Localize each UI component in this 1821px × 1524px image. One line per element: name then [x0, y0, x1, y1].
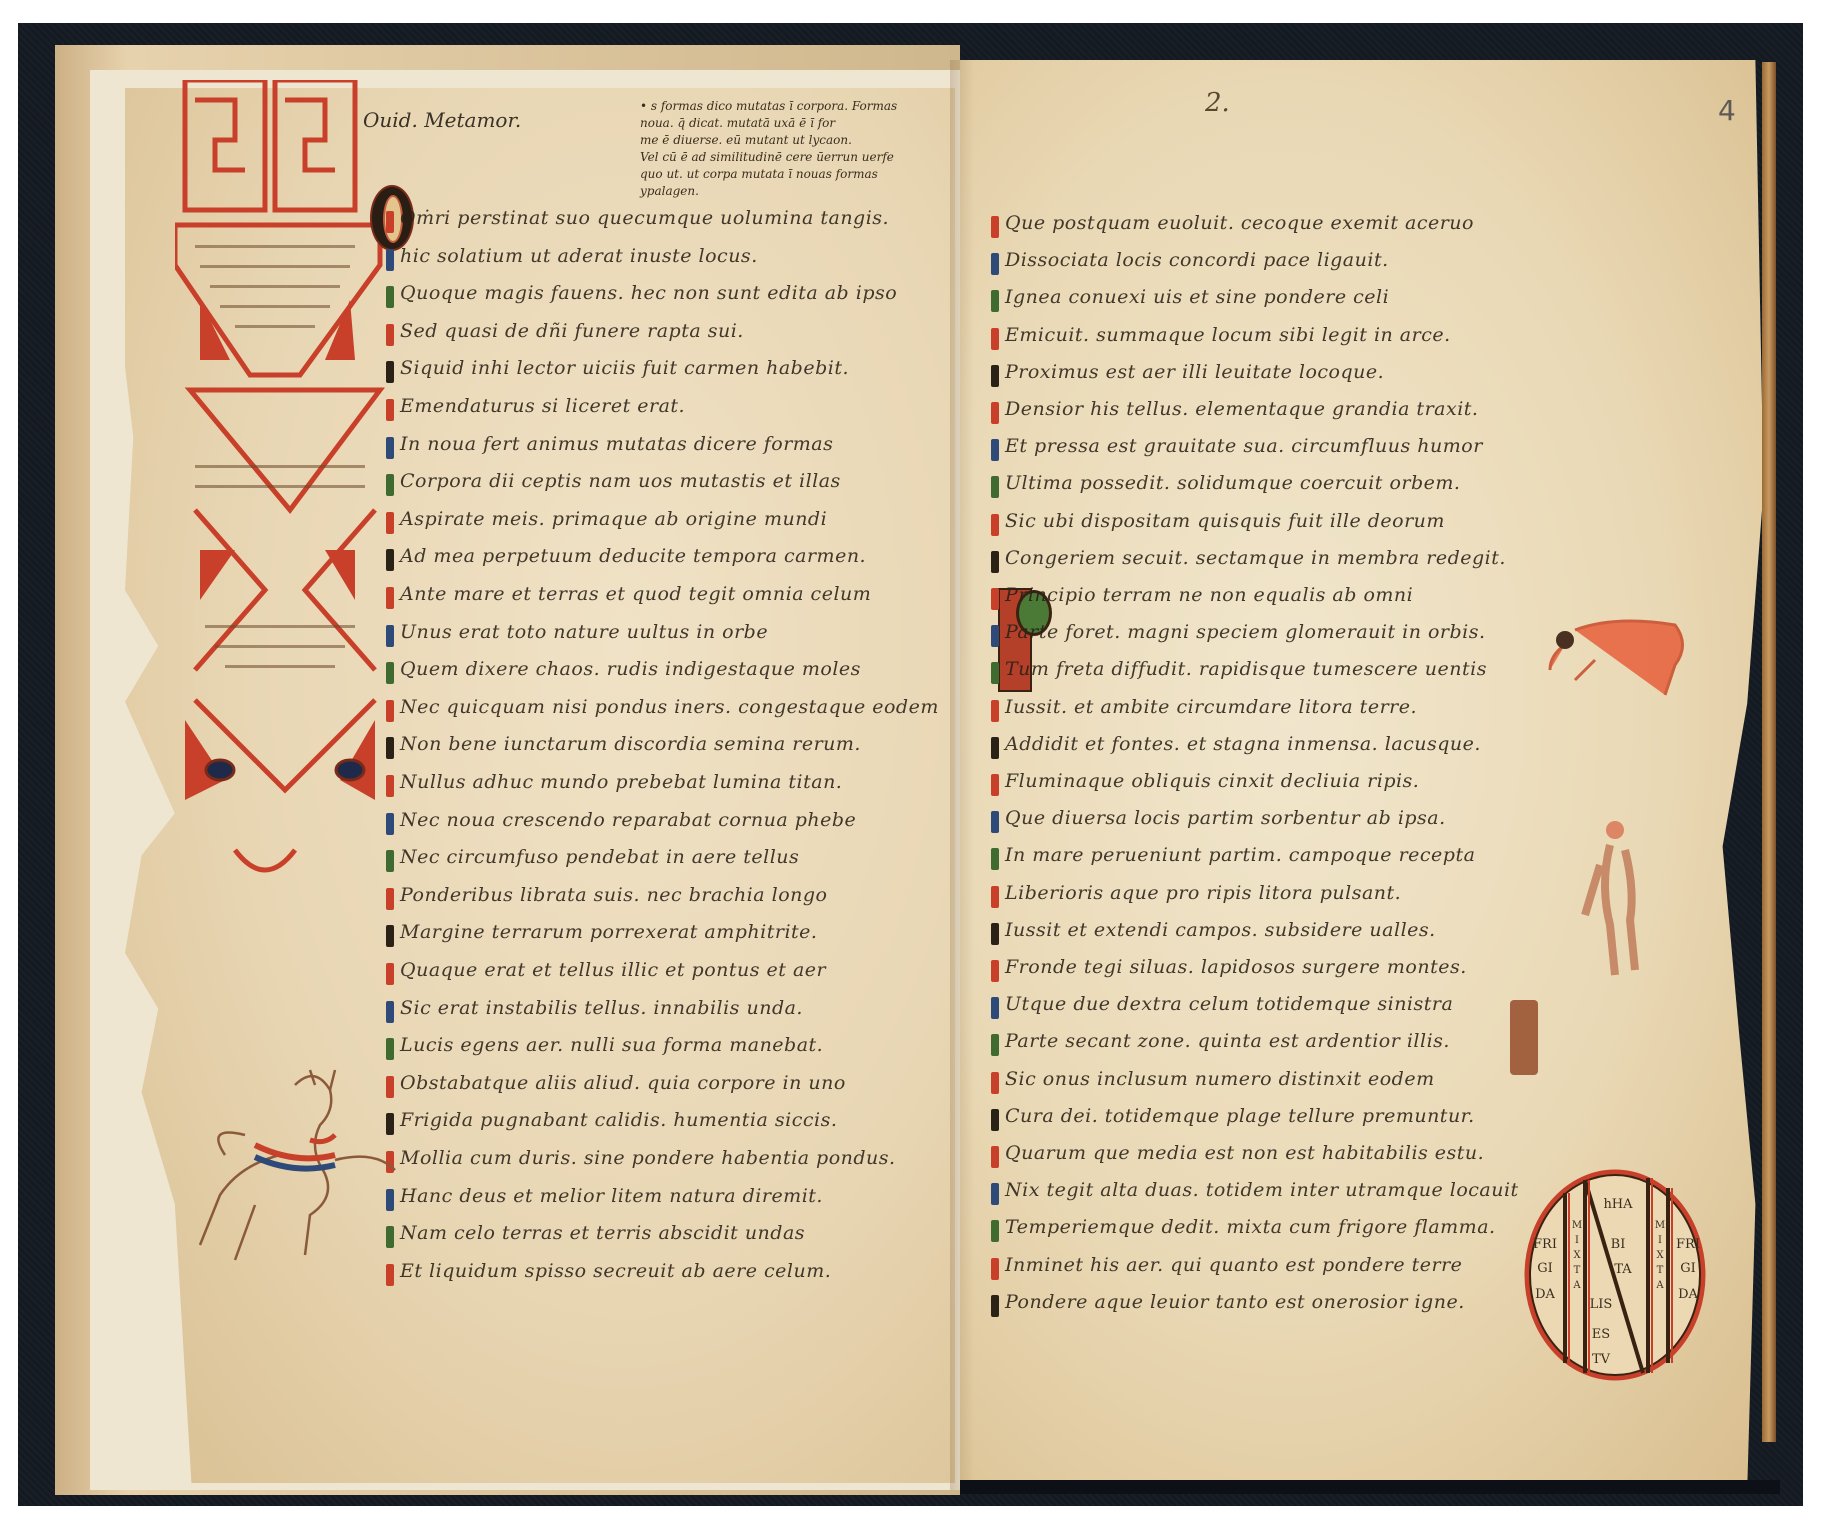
svg-text:X: X	[1656, 1250, 1664, 1261]
manuscript-text-line: Iussit et extendi campos. subsidere uall…	[1005, 919, 1436, 949]
manuscript-text-line: In mare perueniunt partim. campoque rece…	[1005, 844, 1475, 874]
manuscript-text-line: Nix tegit alta duas. totidem inter utram…	[1005, 1179, 1519, 1209]
rubric-initial-mark	[991, 216, 999, 238]
svg-text:hHA: hHA	[1603, 1197, 1633, 1212]
rubric-initial-mark	[991, 402, 999, 424]
manuscript-text-line: Quoque magis fauens. hec non sunt edita …	[400, 282, 897, 312]
manuscript-text-line: Sic erat instabilis tellus. innabilis un…	[400, 997, 803, 1027]
rubric-initial-mark	[991, 253, 999, 275]
svg-text:I: I	[1575, 1235, 1579, 1246]
manuscript-text-line: Cura dei. totidemque plage tellure premu…	[1005, 1105, 1475, 1135]
manuscript-text-line: Unus erat toto nature uultus in orbe	[400, 621, 768, 651]
svg-text:DA: DA	[1535, 1287, 1555, 1302]
manuscript-text-line: Emicuit. summaque locum sibi legit in ar…	[1005, 324, 1451, 354]
manuscript-text-line: Margine terrarum porrexerat amphitrite.	[400, 921, 817, 951]
manuscript-text-line: Quaque erat et tellus illic et pontus et…	[400, 959, 826, 989]
left-page-top-gloss: • s formas dico mutatas ī corpora. Forma…	[640, 98, 940, 200]
manuscript-text-line: Et liquidum spisso secreuit ab aere celu…	[400, 1260, 831, 1290]
rubric-initial-mark	[991, 551, 999, 573]
rubric-initial-mark	[991, 365, 999, 387]
rubric-initial-mark	[991, 811, 999, 833]
manuscript-text-line: Nam celo terras et terris abscidit undas	[400, 1222, 805, 1252]
rubric-initial-mark	[991, 1072, 999, 1094]
manuscript-text-line: Lucis egens aer. nulli sua forma manebat…	[400, 1034, 823, 1064]
manuscript-text-line: Tum freta diffudit. rapidisque tumescere…	[1005, 658, 1487, 688]
manuscript-text-line: Fronde tegi siluas. lapidosos surgere mo…	[1005, 956, 1467, 986]
manuscript-text-line: Sic onus inclusum numero distinxit eodem	[1005, 1068, 1435, 1098]
manuscript-text-line: Ultima possedit. solidumque coercuit orb…	[1005, 472, 1460, 502]
manuscript-text-line: Et pressa est grauitate sua. circumfluus…	[1005, 435, 1483, 465]
manuscript-text-line: Inminet his aer. qui quanto est pondere …	[1005, 1254, 1462, 1284]
manuscript-text-line: Congeriem secuit. sectamque in membra re…	[1005, 547, 1506, 577]
manuscript-text-line: Hanc deus et melior litem natura diremit…	[400, 1185, 823, 1215]
manuscript-text-line: Non bene iunctarum discordia semina reru…	[400, 733, 861, 763]
svg-text:M: M	[1572, 1220, 1582, 1231]
manuscript-text-line: Temperiemque dedit. mixta cum frigore fl…	[1005, 1216, 1496, 1246]
rubric-initial-mark	[386, 399, 394, 421]
svg-text:T: T	[1657, 1265, 1664, 1276]
rubric-initial-mark	[991, 476, 999, 498]
rubric-initial-mark	[991, 960, 999, 982]
rubric-initial-mark	[991, 886, 999, 908]
manuscript-text-line: Pondere aque leuior tanto est onerosior …	[1005, 1291, 1465, 1321]
rubric-initial-mark	[991, 1146, 999, 1168]
right-page-edge	[1762, 62, 1776, 1442]
manuscript-text-line: Liberioris aque pro ripis litora pulsant…	[1005, 882, 1401, 912]
gloss-line: ypalagen.	[640, 183, 940, 200]
svg-text:GI: GI	[1680, 1261, 1696, 1276]
svg-text:I: I	[1658, 1235, 1662, 1246]
rubric-initial-mark	[991, 514, 999, 536]
manuscript-text-line: Emendaturus si liceret erat.	[400, 395, 685, 425]
red-stain	[1510, 1000, 1538, 1075]
manuscript-text-line: Iussit. et ambite circumdare litora terr…	[1005, 696, 1417, 726]
rubric-initial-mark	[991, 737, 999, 759]
manuscript-text-line: Mollia cum duris. sine pondere habentia …	[400, 1147, 896, 1177]
marginal-animal-drawing	[1535, 610, 1695, 720]
rubric-initial-mark	[991, 588, 999, 610]
svg-text:DA: DA	[1678, 1287, 1698, 1302]
manuscript-text-line: Sic ubi dispositam quisquis fuit ille de…	[1005, 510, 1445, 540]
rubric-initial-mark	[991, 1295, 999, 1317]
rubric-initial-mark	[991, 774, 999, 796]
rubric-initial-mark	[386, 850, 394, 872]
gloss-line: me ē diuerse. eū mutant ut lycaon.	[640, 132, 940, 149]
rubric-initial-mark	[386, 662, 394, 684]
rubric-initial-mark	[386, 474, 394, 496]
svg-text:ES: ES	[1592, 1327, 1610, 1342]
rubric-initial-mark	[386, 361, 394, 383]
svg-text:FRI: FRI	[1533, 1237, 1557, 1252]
page-bottom-shadow	[960, 1480, 1780, 1494]
rubric-initial-mark	[386, 512, 394, 534]
manuscript-text-line: Ante mare et terras et quod tegit omnia …	[400, 583, 871, 613]
manuscript-text-line: Quarum que media est non est habitabilis…	[1005, 1142, 1484, 1172]
rubric-initial-mark	[386, 775, 394, 797]
svg-text:A: A	[1572, 1280, 1581, 1291]
manuscript-text-line: Oṁri perstinat suo quecumque uolumina ta…	[400, 207, 889, 237]
marginal-human-figure	[1580, 815, 1660, 985]
manuscript-text-line: Nec circumfuso pendebat in aere tellus	[400, 846, 799, 876]
manuscript-text-line: Nec quicquam nisi pondus iners. congesta…	[400, 696, 939, 726]
manuscript-text-line: Utque due dextra celum totidemque sinist…	[1005, 993, 1453, 1023]
rubric-initial-mark	[386, 963, 394, 985]
rubric-initial-mark	[386, 625, 394, 647]
rubric-initial-mark	[991, 1109, 999, 1131]
svg-text:TA: TA	[1614, 1262, 1632, 1277]
rubric-initial-mark	[386, 211, 394, 233]
rubric-initial-mark	[991, 848, 999, 870]
manuscript-text-line: Addidit et fontes. et stagna inmensa. la…	[1005, 733, 1481, 763]
manuscript-text-line: Ponderibus librata suis. nec brachia lon…	[400, 884, 827, 914]
rubric-initial-mark	[991, 439, 999, 461]
manuscript-text-line: Parte secant zone. quinta est ardentior …	[1005, 1030, 1450, 1060]
manuscript-text-line: Aspirate meis. primaque ab origine mundi	[400, 508, 827, 538]
rubric-initial-mark	[386, 700, 394, 722]
manuscript-text-line: Fluminaque obliquis cinxit decliuia ripi…	[1005, 770, 1419, 800]
manuscript-text-line: Nec noua crescendo reparabat cornua pheb…	[400, 809, 856, 839]
manuscript-text-line: Nullus adhuc mundo prebebat lumina titan…	[400, 771, 842, 801]
rubric-initial-mark	[991, 1034, 999, 1056]
rubric-initial-mark	[991, 997, 999, 1019]
svg-text:T: T	[1574, 1265, 1581, 1276]
manuscript-text-line: Que postquam euoluit. cecoque exemit ace…	[1005, 212, 1474, 242]
svg-text:A: A	[1655, 1280, 1664, 1291]
rubric-initial-mark	[991, 1220, 999, 1242]
rubric-initial-mark	[386, 549, 394, 571]
manuscript-text-line: Ignea conuexi uis et sine pondere celi	[1005, 286, 1389, 316]
book-gutter	[950, 60, 974, 1490]
svg-text:TV: TV	[1592, 1352, 1611, 1367]
svg-text:LIS: LIS	[1590, 1297, 1613, 1312]
rubric-initial-mark	[386, 925, 394, 947]
svg-text:M: M	[1655, 1220, 1665, 1231]
folio-number: 4	[1718, 94, 1736, 127]
manuscript-text-line: hic solatium ut aderat inuste locus.	[400, 245, 758, 275]
rubric-initial-mark	[991, 625, 999, 647]
svg-text:BI: BI	[1611, 1237, 1626, 1252]
margin-ornament	[175, 80, 390, 970]
rubric-initial-mark	[991, 290, 999, 312]
rubric-initial-mark	[991, 923, 999, 945]
manuscript-text-line: Quem dixere chaos. rudis indigestaque mo…	[400, 658, 861, 688]
rubric-initial-mark	[386, 587, 394, 609]
rubric-initial-mark	[386, 324, 394, 346]
left-page-header-note: Ouid. Metamor.	[363, 108, 521, 132]
gloss-line: Vel cū ē ad similitudinē cere ūerrun uer…	[640, 149, 940, 166]
manuscript-text-line: In noua fert animus mutatas dicere forma…	[400, 433, 833, 463]
rubric-initial-mark	[991, 1258, 999, 1280]
svg-text:X: X	[1573, 1250, 1581, 1261]
rubric-initial-mark	[991, 1183, 999, 1205]
manuscript-text-line: Siquid inhi lector uiciis fuit carmen ha…	[400, 357, 849, 387]
manuscript-text-line: Que diuersa locis partim sorbentur ab ip…	[1005, 807, 1446, 837]
rubric-initial-mark	[386, 286, 394, 308]
manuscript-text-line: Parte foret. magni speciem glomerauit in…	[1005, 621, 1486, 651]
svg-text:FRI: FRI	[1676, 1237, 1700, 1252]
svg-text:GI: GI	[1537, 1261, 1553, 1276]
manuscript-text-line: Ad mea perpetuum deducite tempora carmen…	[400, 545, 866, 575]
manuscript-text-line: Proximus est aer illi leuitate locoque.	[1005, 361, 1384, 391]
rubric-initial-mark	[386, 737, 394, 759]
rubric-initial-mark	[991, 328, 999, 350]
gloss-line: quo ut. ut corpa mutata ī nouas formas	[640, 166, 940, 183]
quire-mark: 2.	[1205, 88, 1230, 118]
manuscript-text-line: Densior his tellus. elementaque grandia …	[1005, 398, 1478, 428]
rubric-initial-mark	[991, 662, 999, 684]
manuscript-text-line: Obstabatque aliis aliud. quia corpore in…	[400, 1072, 846, 1102]
rubric-initial-mark	[991, 700, 999, 722]
rubric-initial-mark	[386, 813, 394, 835]
manuscript-text-line: Principio terram ne non equalis ab omni	[1005, 584, 1413, 614]
zone-diagram: FRIGIDA hHABITALISESTV FRIGIDA MIXTA MIX…	[1523, 1168, 1708, 1383]
manuscript-text-line: Corpora dii ceptis nam uos mutastis et i…	[400, 470, 841, 500]
marginal-beast-drawing	[185, 1045, 415, 1275]
manuscript-text-line: Dissociata locis concordi pace ligauit.	[1005, 249, 1389, 279]
manuscript-text-line: Frigida pugnabant calidis. humentia sicc…	[400, 1109, 837, 1139]
manuscript-text-line: Sed quasi de dñi funere rapta sui.	[400, 320, 744, 350]
rubric-initial-mark	[386, 249, 394, 271]
gloss-line: noua. q̄ dicat. mutatā uxā ē ī for	[640, 115, 940, 132]
gloss-line: • s formas dico mutatas ī corpora. Forma…	[640, 98, 940, 115]
rubric-initial-mark	[386, 888, 394, 910]
rubric-initial-mark	[386, 437, 394, 459]
rubric-initial-mark	[386, 1001, 394, 1023]
